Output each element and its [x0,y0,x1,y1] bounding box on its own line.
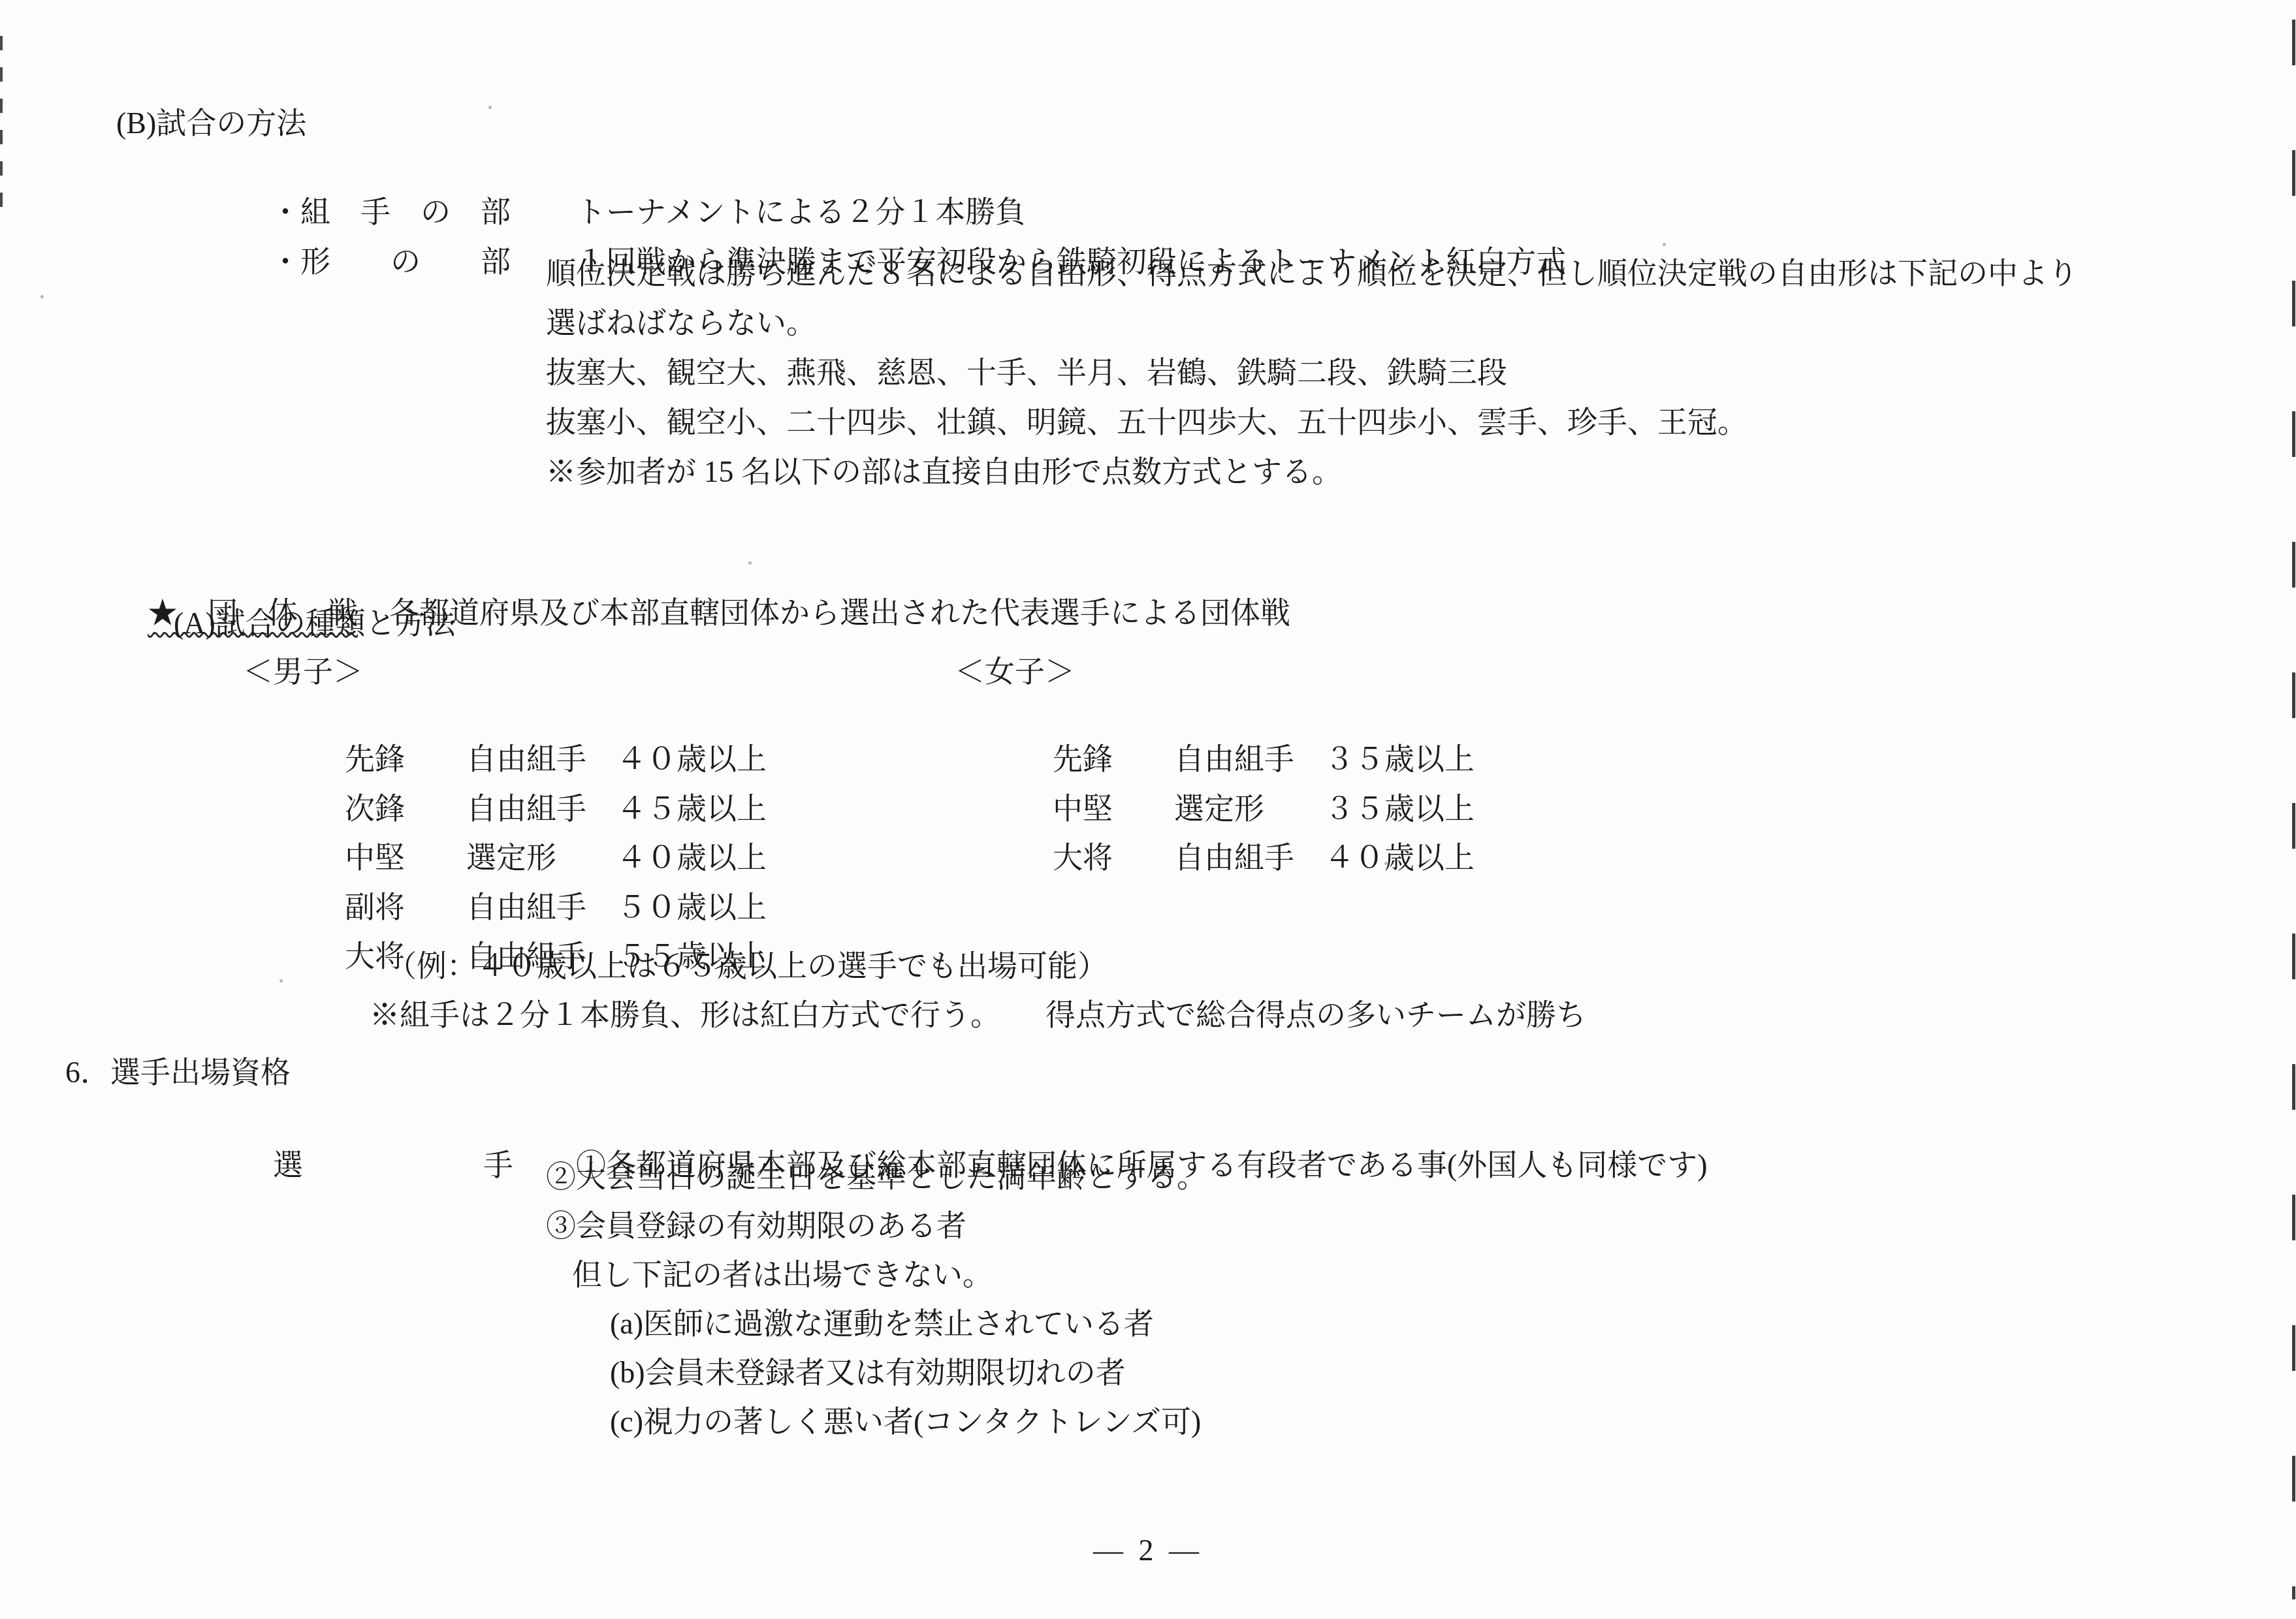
scan-speck [40,295,44,298]
exclusion-item: (b)会員未登録者又は有効期限切れの者 [610,1354,1126,1392]
eligibility-condition: ②大会当日の誕生日を基準とした満年齢とする。 [546,1158,1207,1196]
match-method-heading: (B)試合の方法 [116,104,306,142]
scan-speck [1663,243,1666,246]
age-example-note: （例：４０歳以上は６５歳以上の選手でも出場可能） [387,947,1108,985]
member-age: ４０歳以上 [1324,841,1475,874]
women-column-heading: ＜女子＞ [955,653,1075,691]
kata-rule-line: 選ばねばならない。 [546,304,816,342]
eligibility-heading: 6．選手出場資格 [65,1054,291,1092]
exclusion-item: (c)視力の著しく悪い者(コンタクトレンズ可) [610,1403,1201,1441]
exclusion-intro: 但し下記の者は出場できない。 [572,1256,993,1294]
scan-speck [1384,862,1388,865]
participants-note: ※参加者が 15 名以下の部は直接自由形で点数方式とする。 [546,453,1342,491]
men-column-heading: ＜男子＞ [243,653,363,691]
team-method-heading: (A)試合の種類と方法 [174,605,456,642]
kata-row-label: ・形 の 部 [270,243,576,281]
women-team-row: 大将自由組手４０歳以上 [1023,801,1475,914]
scan-edge-right [2292,20,2295,1599]
eligibility-condition: ③会員登録の有効期限のある者 [546,1207,966,1245]
scan-speck [279,979,283,982]
scoring-note: ※組手は２分１本勝負、形は紅白方式で行う。 得点方式で総合得点の多いチームが勝ち [370,996,1586,1034]
member-position: 大将 [1053,839,1174,877]
page-number: — 2 — [0,1532,2296,1569]
player-label: 選 手 [273,1146,576,1184]
exclusion-item: (a)医師に過激な運動を禁止されている者 [610,1305,1154,1343]
scanned-page: (B)試合の方法 ・組 手 の 部トーナメントによる２分１本勝負 ・形 の 部１… [0,0,2296,1619]
scan-speck [488,106,492,109]
kata-list-line: 抜塞大、観空大、燕飛、慈恩、十手、半月、岩鶴、鉄騎二段、鉄騎三段 [546,354,1507,392]
scan-edge-left [0,36,3,219]
member-event: 自由組手 [1174,839,1324,877]
kata-list-line: 抜塞小、観空小、二十四歩、壮鎮、明鏡、五十四歩大、五十四歩小、雲手、珍手、王冠。 [546,403,1747,441]
kata-rule-line: 順位決定戦は勝ち進んだ８名による自由形、得点方式により順位を決定、但し順位決定戦… [546,255,2078,292]
team-battle-description: 各都道府県及び本部直轄団体から選出された代表選手による団体戦 [389,596,1290,629]
scan-speck [748,561,752,565]
